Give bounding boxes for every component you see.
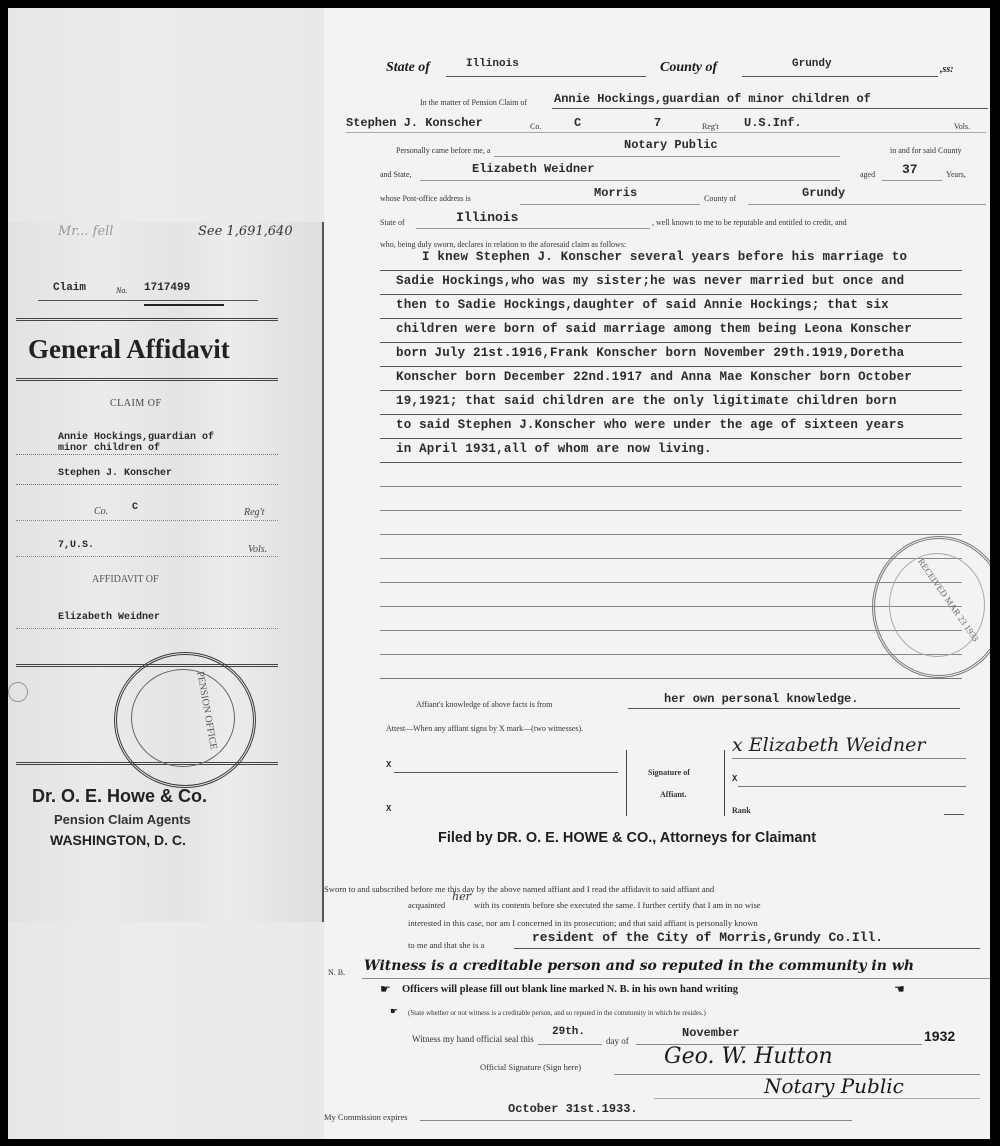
claim-number: 1717499 [144, 282, 190, 294]
day-of-label: day of [606, 1036, 629, 1046]
witness-x2: X [386, 804, 391, 814]
soldier-value: Stephen J. Konscher [346, 116, 483, 130]
ss-label: ,ss: [940, 64, 954, 75]
address-county-label: County of [704, 194, 736, 203]
knowledge-label: Affiant's knowledge of above facts is fr… [416, 700, 552, 709]
sig-x: X [732, 774, 737, 784]
matter-label: In the matter of Pension Claim of [420, 98, 527, 107]
affidavit-cover-card: Mr... fell See 1,691,640 Claim No. 17174… [8, 222, 324, 922]
jurat-line-1: Sworn to and subscribed before me this d… [324, 884, 714, 894]
jurat-line-2b: with its contents before she executed th… [474, 900, 761, 910]
claim-of-label: CLAIM OF [110, 398, 162, 409]
county-value: Grundy [792, 58, 832, 70]
claim-no-label: No. [116, 286, 127, 295]
county-label: County of [660, 60, 717, 76]
day-value: 29th. [552, 1026, 585, 1038]
statement-line: Konscher born December 22nd.1917 and Ann… [396, 370, 912, 384]
witness-hand-label: Witness my hand official seal this [412, 1034, 534, 1044]
came-before-label: Personally came before me, a [396, 146, 490, 155]
claim-number-underline [144, 304, 224, 306]
claimant-line-1: Annie Hockings,guardian of [58, 432, 214, 443]
pointing-hand-icon: ☛ [390, 1006, 398, 1017]
claim-underline [38, 300, 258, 301]
bracket-right [724, 750, 725, 816]
claimant-line-2: minor children of [58, 443, 160, 454]
official-signature: Geo. W. Hutton [664, 1044, 833, 1069]
bracket-left [626, 750, 627, 816]
signature-of-label: Signature of [648, 768, 690, 777]
year-value: 1932 [924, 1028, 955, 1044]
vols-label: Vols. [248, 544, 267, 555]
reputable-text: , well known to me to be reputable and e… [652, 218, 847, 227]
pension-office-stamp: PENSION OFFICE [114, 652, 256, 788]
jurat-her: her [452, 890, 471, 903]
co-label: Co. [530, 122, 541, 131]
affiant-label: Affiant. [660, 790, 686, 799]
title-bottom-rule [16, 378, 278, 381]
title-top-rule [16, 318, 278, 321]
soldier-name: Stephen J. Konscher [58, 468, 172, 479]
rank-label: Rank [732, 806, 751, 815]
witness-x1: X [386, 760, 391, 770]
co-label: Co. [94, 506, 108, 517]
address-county-value: Grundy [802, 186, 845, 200]
soldier-rule [16, 484, 278, 485]
pointing-hand-left-icon: ☚ [894, 982, 905, 997]
nb-value: Witness is a creditable person and so re… [364, 958, 914, 974]
state-label: State of [386, 60, 430, 76]
years-label: Years, [946, 170, 966, 179]
general-affidavit-title: General Affidavit [28, 334, 230, 365]
affiant-rule [16, 628, 278, 629]
claimant-rule [16, 454, 278, 455]
state-value: Illinois [466, 58, 519, 70]
faint-handwritten-note: Mr... fell [58, 224, 113, 239]
see-reference-note: See 1,691,640 [198, 224, 293, 239]
and-state-label: and State, [380, 170, 412, 179]
officers-note: Officers will please fill out blank line… [402, 984, 738, 995]
officer-value: Notary Public [624, 138, 718, 152]
address-label: whose Post-office address is [380, 194, 471, 203]
general-affidavit-form: State of Illinois County of Grundy ,ss: … [324, 8, 990, 1139]
official-sig-label: Official Signature (Sign here) [480, 1062, 581, 1072]
jurat-value: resident of the City of Morris,Grundy Co… [532, 930, 883, 945]
agent-name: Dr. O. E. Howe & Co. [32, 786, 207, 807]
witness-line-1 [394, 772, 618, 773]
agent-city: WASHINGTON, D. C. [50, 832, 186, 848]
regt-label: Reg't [244, 507, 264, 518]
affidavit-of-label: AFFIDAVIT OF [92, 574, 159, 585]
affiant-value: Elizabeth Weidner [472, 162, 594, 176]
statement-line: to said Stephen J.Konscher who were unde… [396, 418, 904, 432]
state-whether-note: (State whether or not witness is a credi… [408, 1009, 706, 1017]
claim-label: Claim [53, 282, 86, 294]
state2-label: State of [380, 218, 405, 227]
attest-label: Attest—When any affiant signs by X mark—… [386, 724, 583, 733]
statement-line: in April 1931,all of whom are now living… [396, 442, 712, 456]
state2-value: Illinois [456, 210, 518, 225]
co-value: C [574, 116, 581, 130]
regt-rule [16, 556, 278, 557]
affiant-name: Elizabeth Weidner [58, 612, 160, 623]
document-frame: Mr... fell See 1,691,640 Claim No. 17174… [8, 8, 990, 1139]
month-value: November [682, 1026, 740, 1040]
regt-number: 7 [654, 116, 661, 130]
co-rule [16, 520, 278, 521]
jurat-line-2a: acquainted [408, 900, 445, 910]
county-suffix: in and for said County [890, 146, 962, 155]
commission-label: My Commission expires [324, 1112, 408, 1122]
statement-line: 19,1921; that said children are the only… [396, 394, 897, 408]
statement-line: children were born of said marriage amon… [396, 322, 912, 336]
filed-by-heading: Filed by DR. O. E. HOWE & CO., Attorneys… [438, 830, 816, 846]
jurat-line-3: interested in this case, nor am I concer… [408, 918, 758, 928]
official-title: Notary Public [764, 1074, 904, 1098]
address-value: Morris [594, 186, 637, 200]
co-value: C [132, 502, 138, 513]
agent-title: Pension Claim Agents [54, 812, 191, 827]
nb-label: N. B. [328, 968, 345, 977]
statement-line: then to Sadie Hockings,daughter of said … [396, 298, 889, 312]
matter-value: Annie Hockings,guardian of minor childre… [554, 92, 871, 106]
vols-label: Vols. [954, 122, 970, 131]
aged-label: aged [860, 170, 875, 179]
age-value: 37 [902, 162, 918, 177]
regt-value: 7,U.S. [58, 540, 94, 551]
regt-value: U.S.Inf. [744, 116, 802, 130]
regt-label: Reg't [702, 122, 719, 131]
affiant-signature: x Elizabeth Weidner [732, 734, 925, 756]
punch-hole [8, 682, 28, 702]
statement-line: born July 21st.1916,Frank Konscher born … [396, 346, 904, 360]
knowledge-value: her own personal knowledge. [664, 692, 858, 706]
commission-value: October 31st.1933. [508, 1102, 638, 1116]
statement-line: Sadie Hockings,who was my sister;he was … [396, 274, 904, 288]
statement-line: I knew Stephen J. Konscher several years… [422, 250, 907, 264]
jurat-line-4: to me and that she is a [408, 940, 484, 950]
sworn-text: who, being duly sworn, declares in relat… [380, 240, 626, 249]
received-stamp: RECEIVED MAR 23 1933 [872, 536, 990, 678]
pointing-hand-icon: ☛ [380, 982, 391, 997]
